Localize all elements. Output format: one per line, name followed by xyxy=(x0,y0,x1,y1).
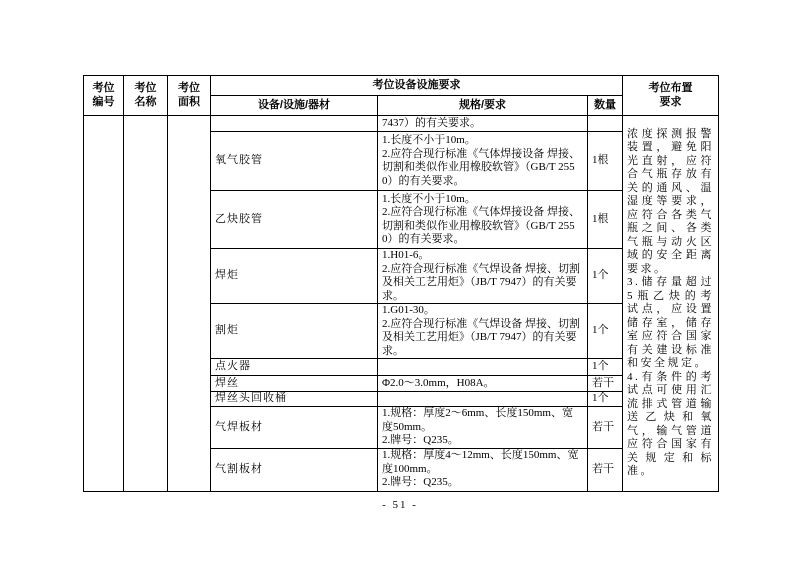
cell-spec: 1.规格：厚度4～12mm、长度150mm、宽度100mm。 2.牌号：Q235… xyxy=(378,448,588,491)
cell-qty xyxy=(588,116,623,132)
table-row: 7437）的有关要求。 浓度探测报警装置，避免阳光直射，应符合气瓶存放有关的通风… xyxy=(84,116,719,132)
cell-qty: 若干 xyxy=(588,448,623,491)
document-page: 考位 编号 考位 名称 考位 面积 考位设备设施要求 考位布置 要求 设备/设施… xyxy=(0,0,800,566)
header-facility-requirements: 考位设备设施要求 xyxy=(211,76,623,96)
cell-spec xyxy=(378,359,588,376)
cell-qty: 1根 xyxy=(588,191,623,249)
header-qty: 数量 xyxy=(588,96,623,116)
cell-equipment: 点火器 xyxy=(211,359,378,376)
cell-layout-requirements: 浓度探测报警装置，避免阳光直射，应符合气瓶存放有关的通风、温湿度等要求，应符合各… xyxy=(623,116,719,492)
header-layout-requirements: 考位布置 要求 xyxy=(623,76,719,116)
cell-qty: 1个 xyxy=(588,304,623,359)
cell-spec xyxy=(378,392,588,407)
cell-seat-number xyxy=(84,116,124,492)
cell-equipment: 气割板材 xyxy=(211,448,378,491)
page-number: - 51 - xyxy=(0,499,800,511)
cell-spec: 1.长度不小于10m。 2.应符合现行标准《气体焊接设备 焊接、切割和类似作业用… xyxy=(378,132,588,191)
cell-spec: 1.规格：厚度2～6mm、长度150mm、宽度50mm。 2.牌号：Q235。 xyxy=(378,407,588,449)
cell-qty: 1个 xyxy=(588,359,623,376)
header-seat-name: 考位 名称 xyxy=(124,76,168,116)
cell-qty: 1个 xyxy=(588,249,623,304)
cell-spec: 1.长度不小于10m。 2.应符合现行标准《气体焊接设备 焊接、切割和类似作业用… xyxy=(378,191,588,249)
cell-spec: Φ2.0～3.0mm，H08A。 xyxy=(378,376,588,392)
cell-equipment: 焊丝 xyxy=(211,376,378,392)
cell-equipment: 割炬 xyxy=(211,304,378,359)
cell-spec: 7437）的有关要求。 xyxy=(378,116,588,132)
cell-spec: 1.H01-6。 2.应符合现行标准《气焊设备 焊接、切割及相关工艺用炬》（JB… xyxy=(378,249,588,304)
cell-qty: 1个 xyxy=(588,392,623,407)
header-spec: 规格/要求 xyxy=(378,96,588,116)
cell-seat-area xyxy=(168,116,211,492)
header-equipment: 设备/设施/器材 xyxy=(211,96,378,116)
cell-equipment xyxy=(211,116,378,132)
header-seat-area: 考位 面积 xyxy=(168,76,211,116)
header-seat-number: 考位 编号 xyxy=(84,76,124,116)
cell-equipment: 气焊板材 xyxy=(211,407,378,449)
cell-spec: 1.G01-30。 2.应符合现行标准《气焊设备 焊接、切割及相关工艺用炬》（J… xyxy=(378,304,588,359)
cell-equipment: 乙炔胶管 xyxy=(211,191,378,249)
cell-equipment: 焊炬 xyxy=(211,249,378,304)
cell-qty: 1根 xyxy=(588,132,623,191)
equipment-requirements-table: 考位 编号 考位 名称 考位 面积 考位设备设施要求 考位布置 要求 设备/设施… xyxy=(83,75,719,492)
cell-equipment: 氧气胶管 xyxy=(211,132,378,191)
cell-seat-name xyxy=(124,116,168,492)
cell-equipment: 焊丝头回收桶 xyxy=(211,392,378,407)
cell-qty: 若干 xyxy=(588,407,623,449)
table-header-row-1: 考位 编号 考位 名称 考位 面积 考位设备设施要求 考位布置 要求 xyxy=(84,76,719,96)
cell-qty: 若干 xyxy=(588,376,623,392)
